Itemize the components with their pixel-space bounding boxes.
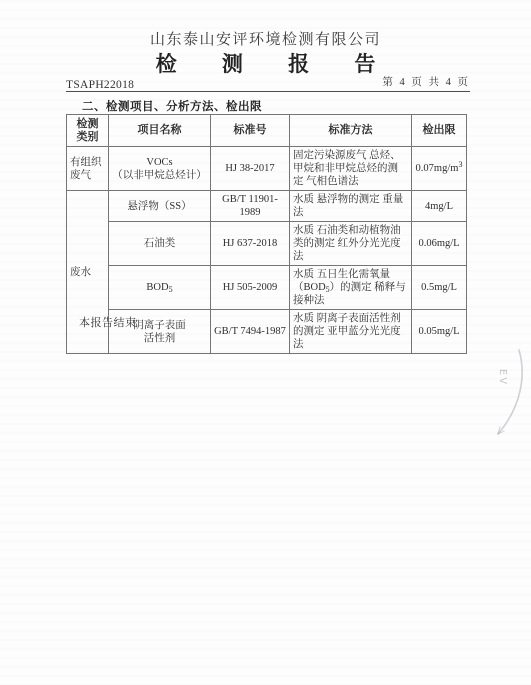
cell-project-ss: 悬浮物（SS） — [109, 191, 211, 222]
cell-limit-petroleum: 0.06mg/L — [412, 222, 467, 266]
table-header-limit: 检出限 — [412, 115, 467, 147]
table-row-bod5: BOD5 HJ 505-2009 水质 五日生化需氧量（BOD5）的测定 稀释与… — [67, 266, 467, 310]
cell-standard-ss: GB/T 11901-1989 — [211, 191, 290, 222]
cell-method-bod5: 水质 五日生化需氧量（BOD5）的测定 稀释与接种法 — [290, 266, 412, 310]
limit-value: 0.07mg/m — [416, 163, 459, 174]
meta-row: TSAPH22018 第 4 页 共 4 页 — [66, 72, 470, 92]
table-header-project: 项目名称 — [109, 115, 211, 147]
page-number: 第 4 页 共 4 页 — [382, 74, 470, 91]
cell-standard-bod5: HJ 505-2009 — [211, 266, 290, 310]
cell-method-vocs: 固定污染源废气 总烃、甲烷和非甲烷总烃的测定 气相色谱法 — [290, 147, 412, 191]
cell-standard-petroleum: HJ 637-2018 — [211, 222, 290, 266]
cell-category-organized-gas: 有组织 废气 — [67, 147, 109, 191]
scanned-report-page: 山东泰山安评环境检测有限公司 检 测 报 告 TSAPH22018 第 4 页 … — [0, 0, 531, 685]
report-number: TSAPH22018 — [66, 79, 134, 91]
bleedthrough-text: EV — [497, 369, 508, 386]
table-header-standard: 标准号 — [211, 115, 290, 147]
table-header-category-line2: 类别 — [70, 131, 105, 144]
cell-limit-vocs: 0.07mg/m3 — [412, 147, 467, 191]
cell-standard-vocs: HJ 38-2017 — [211, 147, 290, 191]
bleedthrough-mark: EV — [486, 344, 526, 444]
cell-standard-anionic: GB/T 7494-1987 — [211, 310, 290, 354]
bleedthrough-arc-icon — [486, 344, 526, 444]
company-name: 山东泰山安评环境检测有限公司 — [0, 28, 531, 49]
table-row-suspended-solids: 废水 悬浮物（SS） GB/T 11901-1989 水质 悬浮物的测定 重量法… — [67, 191, 467, 222]
end-note: 本报告结束 — [79, 314, 137, 330]
cell-project-petroleum: 石油类 — [109, 222, 211, 266]
cell-project-line1: VOCs — [112, 156, 207, 169]
table-header-method: 标准方法 — [290, 115, 412, 147]
cell-method-ss: 水质 悬浮物的测定 重量法 — [290, 191, 412, 222]
cell-category-line1: 有组织 — [70, 156, 105, 169]
section-heading: 二、检测项目、分析方法、检出限 — [82, 98, 262, 114]
cell-project-line2: 活性剂 — [112, 332, 207, 345]
table-row-petroleum: 石油类 HJ 637-2018 水质 石油类和动植物油类的测定 红外分光光度法 … — [67, 222, 467, 266]
cell-project-bod5: BOD5 — [109, 266, 211, 310]
cell-method-anionic: 水质 阴离子表面活性剂的测定 亚甲蓝分光光度法 — [290, 310, 412, 354]
table-header-category-line1: 检测 — [70, 118, 105, 131]
table-header-category: 检测 类别 — [67, 115, 109, 147]
cell-limit-bod5: 0.5mg/L — [412, 266, 467, 310]
cell-method-petroleum: 水质 石油类和动植物油类的测定 红外分光光度法 — [290, 222, 412, 266]
cell-project-vocs: VOCs （以非甲烷总烃计） — [109, 147, 211, 191]
cell-limit-anionic: 0.05mg/L — [412, 310, 467, 354]
project-main: BOD — [146, 282, 168, 293]
table-row-vocs: 有组织 废气 VOCs （以非甲烷总烃计） HJ 38-2017 固定污染源废气… — [67, 147, 467, 191]
cell-category-line2: 废气 — [70, 169, 105, 182]
project-subscript: 5 — [169, 285, 173, 294]
limit-superscript: 3 — [458, 160, 462, 169]
cell-limit-ss: 4mg/L — [412, 191, 467, 222]
table-header-row: 检测 类别 项目名称 标准号 标准方法 检出限 — [67, 115, 467, 147]
cell-project-line2: （以非甲烷总烃计） — [112, 169, 207, 182]
